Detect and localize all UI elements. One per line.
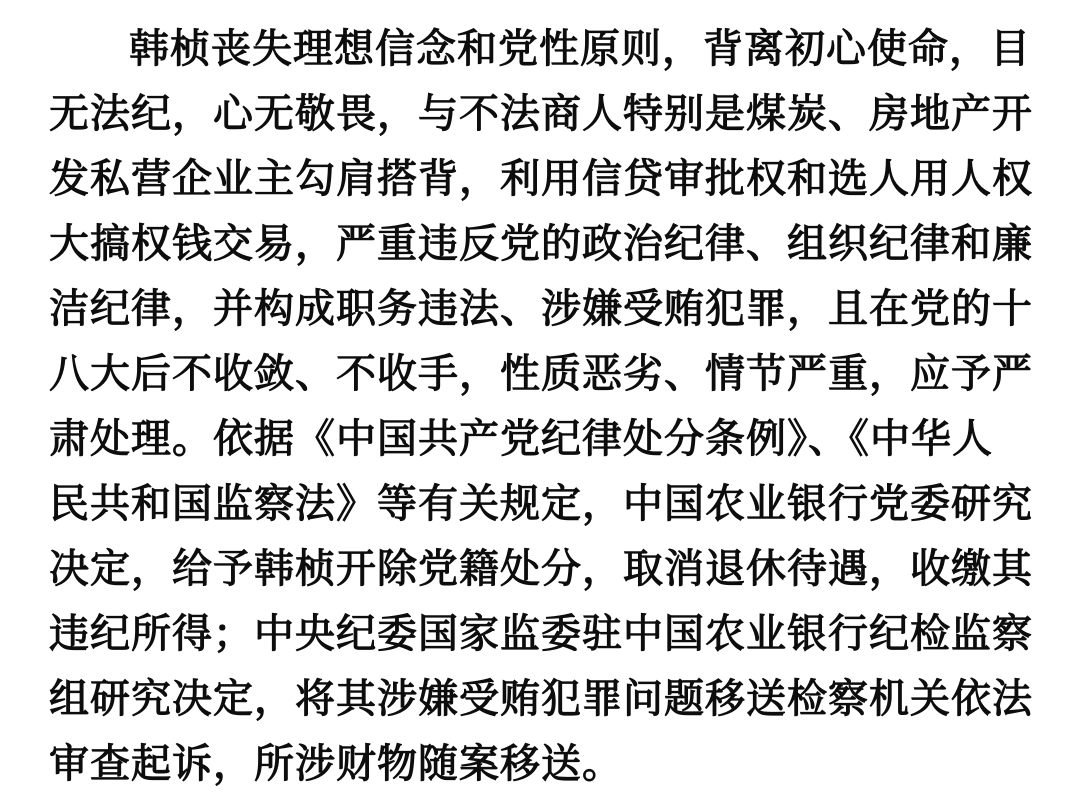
text-line: 审查起诉，所涉财物随案移送。 bbox=[49, 732, 1040, 797]
text-line: 韩桢丧失理想信念和党性原则，背离初心使命，目 bbox=[49, 17, 1040, 82]
text-line: 违纪所得；中央纪委国家监委驻中国农业银行纪检监察 bbox=[49, 602, 1040, 667]
text-line: 八大后不收敛、不收手，性质恶劣、情节严重，应予严 bbox=[49, 342, 1040, 407]
article-paragraph: 韩桢丧失理想信念和党性原则，背离初心使命，目无法纪，心无敬畏，与不法商人特别是煤… bbox=[0, 0, 1080, 797]
text-line: 组研究决定，将其涉嫌受贿犯罪问题移送检察机关依法 bbox=[49, 667, 1040, 732]
text-line: 洁纪律，并构成职务违法、涉嫌受贿犯罪，且在党的十 bbox=[49, 277, 1040, 342]
text-line: 民共和国监察法》等有关规定，中国农业银行党委研究 bbox=[49, 472, 1040, 537]
text-line: 肃处理。依据《中国共产党纪律处分条例》、《中华人 bbox=[49, 407, 1040, 472]
text-line: 无法纪，心无敬畏，与不法商人特别是煤炭、房地产开 bbox=[49, 82, 1040, 147]
text-line: 大搞权钱交易，严重违反党的政治纪律、组织纪律和廉 bbox=[49, 212, 1040, 277]
article-page: 韩桢丧失理想信念和党性原则，背离初心使命，目无法纪，心无敬畏，与不法商人特别是煤… bbox=[0, 0, 1080, 812]
text-line: 发私营企业主勾肩搭背，利用信贷审批权和选人用人权 bbox=[49, 147, 1040, 212]
text-line: 决定，给予韩桢开除党籍处分，取消退休待遇，收缴其 bbox=[49, 537, 1040, 602]
